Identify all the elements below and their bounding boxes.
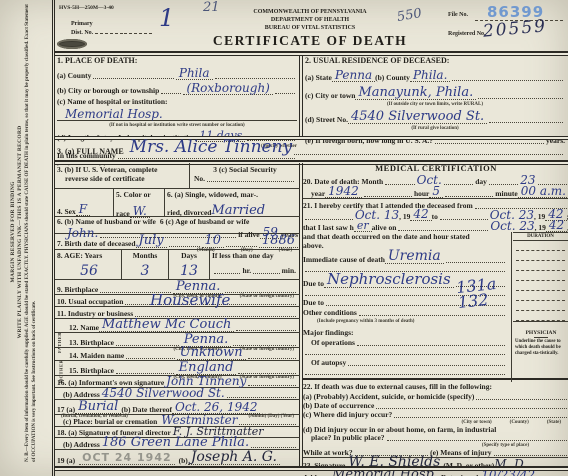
line xyxy=(478,96,563,99)
mother-bp-value: England xyxy=(176,361,237,375)
res-county-label: (b) County xyxy=(375,73,410,82)
autopsy-row: Of autopsy xyxy=(303,356,507,367)
duration-line xyxy=(516,281,565,291)
cause-codes: 131a 132 xyxy=(455,276,498,310)
physician-header: PHYSICIAN xyxy=(515,330,567,338)
informant-addr-value: 4540 Silverwood St. xyxy=(102,387,225,399)
res-city-value: Manayunk, Phila. xyxy=(355,86,476,100)
city-value: (Roxborough) xyxy=(183,82,272,95)
line xyxy=(225,290,296,293)
line xyxy=(227,395,296,398)
res-city-note: (If outside city or town limits, write R… xyxy=(387,102,483,107)
line xyxy=(215,76,295,79)
line xyxy=(251,445,296,448)
race-label-1: 5. Color or xyxy=(116,190,162,199)
duration-line xyxy=(516,291,565,301)
father-name-label: 12. Name xyxy=(69,323,99,332)
right-column-medical: MEDICAL CERTIFICATION 20. Date of death:… xyxy=(303,163,568,476)
line xyxy=(248,356,296,359)
duration-line xyxy=(516,311,565,321)
age-years-value: 56 xyxy=(57,264,121,278)
year-label: year xyxy=(311,189,325,198)
external-c-label: (c) Where did injury occur? xyxy=(303,410,392,419)
hr-label: hr. xyxy=(242,266,251,275)
min-label: min. xyxy=(282,266,296,275)
immediate-cause-label: Immediate cause of death xyxy=(303,255,385,264)
binding-margin: MARGIN RESERVED FOR BINDING WRITE PLAINL… xyxy=(10,2,38,462)
state-note: (State) xyxy=(547,420,561,425)
last-saw-date-value: Oct. 23 xyxy=(490,220,534,232)
veteran-label-2: reverse side of certificate xyxy=(65,174,189,183)
blank-line xyxy=(303,367,507,376)
spouse-label: 6. (b) Name of husband or wife xyxy=(57,217,156,226)
street-value: 4540 Silverwood St. xyxy=(348,110,487,124)
left-column: 3. (b) If U. S. Veteran, complete revers… xyxy=(55,163,300,468)
certificate-title: CERTIFICATE OF DEATH xyxy=(170,33,450,49)
causes-block: and that death occurred on the date and … xyxy=(303,232,568,376)
external-causes-heading: 22. If death was due to external causes,… xyxy=(303,382,568,392)
age-days-label: Days xyxy=(169,251,209,260)
hospital-value: Memorial Hosp. xyxy=(65,108,163,120)
primary-district: Primary Dist. No. xyxy=(71,20,152,38)
city-label: (b) City or borough or township xyxy=(57,86,159,95)
department-line: DEPARTMENT OF HEALTH xyxy=(205,16,415,24)
external-a-row: (a) (Probably) Accident, suicide, or hom… xyxy=(303,392,568,401)
informant-addr-label: (b) Address xyxy=(63,390,100,399)
line xyxy=(207,179,294,182)
line xyxy=(161,91,181,94)
line xyxy=(169,244,200,247)
certify-line-3: that I last saw h er alive on Oct. 23 , … xyxy=(303,221,568,232)
physician-note-block: PHYSICIAN Underline the cause to which d… xyxy=(513,330,568,358)
minute-label: minute xyxy=(495,189,518,198)
line xyxy=(398,228,488,231)
operations-label: Of operations xyxy=(311,338,355,347)
duration-line xyxy=(516,251,565,261)
form-number: HVS-5H—250M—3-40 xyxy=(59,5,114,11)
father-name-value: Matthew Mc Couch xyxy=(99,318,234,332)
line xyxy=(476,397,567,400)
external-b-row: (b) Date of occurrence xyxy=(303,401,568,410)
mother-name-row: 14. Maiden name Unknown xyxy=(55,348,300,361)
marital-value: Married xyxy=(211,204,265,217)
veteran-ssn-row: 3. (b) If U. S. Veteran, complete revers… xyxy=(55,163,300,189)
primary-label: Primary xyxy=(71,21,93,27)
mother-name-label: 14. Maiden name xyxy=(69,351,124,360)
sex-race-marital-row: 4. Sex F 5. Color or race W. 6. (a) Sing… xyxy=(55,189,300,217)
line xyxy=(446,260,505,263)
birthdate-label: 7. Birth date of deceased xyxy=(57,239,136,248)
line xyxy=(248,383,296,386)
registered-no-value: 20559 xyxy=(482,18,547,41)
line xyxy=(238,371,296,374)
seal-stamp-icon xyxy=(57,39,87,49)
line xyxy=(305,352,505,355)
line xyxy=(387,438,567,441)
line xyxy=(364,194,412,197)
line xyxy=(236,328,296,331)
mother-bp-label: 15. Birthplace xyxy=(69,366,114,375)
registered-no-label: Registered No. xyxy=(448,31,486,37)
occupation-row: 10. Usual occupation Housewife xyxy=(55,295,300,307)
age-months-value: 3 xyxy=(122,264,168,278)
mother-name-value: Unknown xyxy=(177,346,246,360)
occupation-value: Housewife xyxy=(150,293,230,308)
street-label: (d) Street No. xyxy=(305,115,348,124)
external-c-row: (c) Where did injury occur? xyxy=(303,410,568,419)
duration-line xyxy=(516,271,565,281)
line xyxy=(126,356,174,359)
birth-month-value: July xyxy=(136,234,167,248)
hospital-note: (If not in hospital or institution write… xyxy=(109,123,244,128)
dist-no-value: 1 xyxy=(159,6,174,30)
physician-note: Underline the cause to which death shoul… xyxy=(515,339,567,358)
age-label: 8. AGE: Years xyxy=(57,251,121,260)
death-minute-value: 00 a.m. xyxy=(518,185,568,198)
commonwealth-line: COMMONWEALTH OF PENNSYLVANIA xyxy=(205,8,415,16)
column-divider-top xyxy=(299,55,303,137)
hour-label: hour xyxy=(414,189,429,198)
full-name-row: 3. (a) FULL NAME Mrs. Alice Tinneny xyxy=(57,139,565,156)
occupation-label: 10. Usual occupation xyxy=(57,297,123,306)
from-year-value: 42 xyxy=(410,208,431,221)
death-year-value: 1942 xyxy=(325,185,362,198)
external-a-label: (a) (Probably) Accident, suicide, or hom… xyxy=(303,392,474,401)
full-name-label: 3. (a) FULL NAME xyxy=(57,147,124,156)
duration-box: DURATION xyxy=(513,232,568,322)
county-label: (a) County xyxy=(57,71,91,80)
operations-row: Of operations xyxy=(303,337,507,347)
line xyxy=(359,313,505,316)
spouse-row: 6. (b) Name of husband or wife 6 (c) Age… xyxy=(55,217,300,234)
duration-line xyxy=(516,261,565,271)
father-name-row: 12. Name Matthew Mc Couch xyxy=(55,319,300,333)
last-saw-year-value: 42 xyxy=(546,219,567,232)
last-saw-text: that I last saw h xyxy=(303,223,354,232)
line xyxy=(452,78,563,81)
age-row: 8. AGE: Years 56 Months 3 Days 13 If les… xyxy=(55,250,300,280)
line xyxy=(305,217,353,220)
director-addr-label: (b) Address xyxy=(63,440,100,449)
place-heading: 1. PLACE OF DEATH: xyxy=(57,56,297,65)
street-note: (If rural give location) xyxy=(411,126,458,131)
registrar-date-stamp: OCT 24 1942 xyxy=(79,451,175,465)
certificate-form: HVS-5H—250M—3-40 Primary Dist. No. 1 21 … xyxy=(52,0,568,476)
state-value: Penna xyxy=(332,69,375,82)
line xyxy=(93,76,173,79)
death-hour-value: 5 xyxy=(429,185,443,198)
birth-year-value: 1886 xyxy=(259,234,298,248)
to-word: to xyxy=(432,212,438,221)
line xyxy=(275,91,295,94)
alive-on-text: alive on xyxy=(372,223,397,232)
less-than-day-label: If less than one day xyxy=(212,251,296,260)
father-bp-label: 13. Birthplace xyxy=(69,338,114,347)
line xyxy=(214,271,240,274)
immediate-cause-value: Uremia xyxy=(385,249,444,264)
bureau-line: BUREAU OF VITAL STATISTICS xyxy=(205,24,415,32)
marital-label-2: ried, divorced xyxy=(167,208,211,217)
line xyxy=(357,343,505,346)
penciled-number-550: 550 xyxy=(396,6,423,25)
director-addr-value: 186 Green Lane Phila. xyxy=(102,436,249,449)
age-days-value: 13 xyxy=(169,264,209,278)
due-to-2-label: Due to xyxy=(303,298,324,307)
full-name-value: Mrs. Alice Tinneny xyxy=(130,139,293,156)
line xyxy=(494,453,567,456)
line xyxy=(116,343,179,346)
due-to-1-value: Nephrosclerosis xyxy=(324,272,454,288)
issuing-authority: COMMONWEALTH OF PENNSYLVANIA DEPARTMENT … xyxy=(205,8,415,32)
margin-write-plainly-text: WRITE PLAINLY WITH UNFADING INK—THIS IS … xyxy=(17,2,24,462)
hospital-label: (c) Name of hospital or institution: xyxy=(57,97,167,106)
external-d-line-2: place? In public place? xyxy=(303,434,568,442)
margin-nb-text: N. B.—Every item of information should b… xyxy=(25,2,38,462)
dist-no-line xyxy=(95,28,123,34)
line xyxy=(394,415,567,418)
line xyxy=(445,194,493,197)
birthdate-row: 7. Birth date of deceased July 10 1886 (… xyxy=(55,234,300,250)
blank-line xyxy=(303,347,507,356)
duration-header: DURATION xyxy=(513,233,568,241)
line xyxy=(489,182,518,185)
bottom-rule xyxy=(55,466,568,471)
line xyxy=(440,217,488,220)
duration-line xyxy=(516,241,565,251)
sex-value: F xyxy=(76,203,90,216)
registrar-num: 19 (a) xyxy=(57,456,75,465)
veteran-label-1: 3. (b) If U. S. Veteran, complete xyxy=(57,165,189,174)
file-no-label: File No. xyxy=(448,12,468,18)
line xyxy=(385,182,414,185)
external-d-label-2: place? In public place? xyxy=(311,433,385,442)
duration-line xyxy=(516,301,565,311)
marital-label-1: 6. (a) Single, widowed, mar-. xyxy=(167,190,296,199)
age-months-label: Months xyxy=(122,251,168,260)
other-conditions-label: Other conditions xyxy=(303,308,357,317)
line xyxy=(253,271,279,274)
county-value: Phila xyxy=(176,67,213,80)
dist-no-label: Dist. No. xyxy=(71,30,93,36)
immediate-cause-row: Immediate cause of death Uremia xyxy=(303,250,507,264)
spouse-age-label: 6 (c) Age of husband or wife xyxy=(160,217,249,226)
death-certificate-page: MARGIN RESERVED FOR BINDING WRITE PLAINL… xyxy=(0,0,568,476)
line xyxy=(116,371,174,374)
ssn-label-2: No. xyxy=(194,174,205,183)
burial-method-value: Burial xyxy=(75,400,121,414)
burial-place-label: (c) Place: burial or cremation xyxy=(63,417,157,426)
birthplace-label: 9. Birthplace xyxy=(57,285,98,294)
line xyxy=(305,372,505,375)
sex-label: 4. Sex xyxy=(57,207,76,216)
registrar-sig-value: Joseph A. G. xyxy=(188,450,280,465)
residence-heading: 2. USUAL RESIDENCE OF DECEASED: xyxy=(305,56,565,65)
autopsy-label: Of autopsy xyxy=(311,358,346,367)
line xyxy=(376,406,567,409)
duration-physician-column: DURATION PHYSICIAN Underline the cause t… xyxy=(511,232,568,382)
printed-19c: , 19 xyxy=(535,223,546,232)
external-b-label: (b) Date of occurrence xyxy=(303,401,374,410)
due-to-1-label: Due to xyxy=(303,279,324,288)
day-label: day xyxy=(475,177,487,186)
county-note: (County) xyxy=(510,420,529,425)
res-county-value: Phila. xyxy=(410,69,450,82)
birth-day-value: 10 xyxy=(202,234,225,248)
line xyxy=(489,120,563,123)
res-city-label: (c) City or town xyxy=(305,91,355,100)
certify-line-4: and that death occurred on the date and … xyxy=(303,232,507,241)
line xyxy=(226,244,257,247)
registrar-b-label: (b) xyxy=(179,456,188,465)
er-value: er xyxy=(354,220,372,232)
major-findings-label: Major findings: xyxy=(303,328,507,337)
printed-19b: , 19 xyxy=(534,212,545,221)
other-conditions-note: (Include pregnancy within 3 months of de… xyxy=(317,319,414,324)
section-usual-residence: 2. USUAL RESIDENCE OF DECEASED: (a) Stat… xyxy=(305,56,565,145)
date-of-death-row-2: year 1942 hour 5 minute 00 a.m. xyxy=(303,186,568,199)
ssn-label-1: 3 (c) Social Security xyxy=(194,165,296,174)
printed-19a: , 19 xyxy=(399,212,410,221)
line xyxy=(294,152,563,155)
dist-no-line2 xyxy=(124,28,152,34)
state-label: (a) State xyxy=(305,73,332,82)
line xyxy=(444,182,473,185)
burial-num: 17 (a) xyxy=(57,405,75,414)
line xyxy=(348,363,505,366)
margin-binding-text: MARGIN RESERVED FOR BINDING xyxy=(10,2,17,462)
